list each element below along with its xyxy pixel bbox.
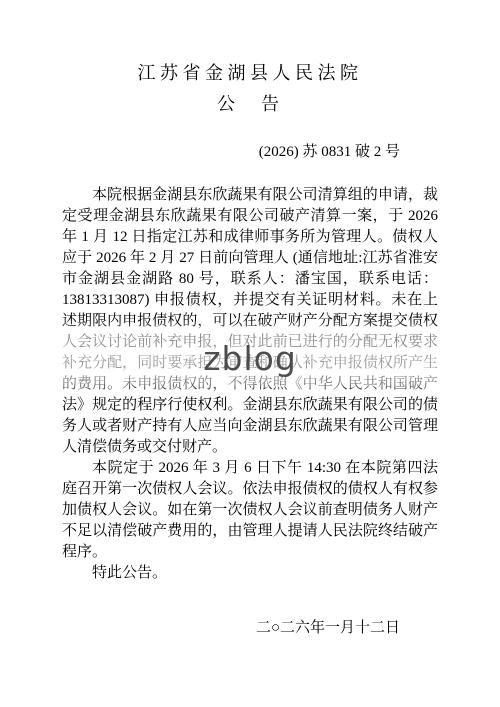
paragraph-closing: 特此公告。: [62, 563, 438, 584]
announcement-title: 公 告: [62, 93, 438, 115]
announcement-body: 本院根据金湖县东欣蔬果有限公司清算组的申请，裁定受理金湖县东欣蔬果有限公司破产清…: [62, 185, 438, 584]
announcement-date: 二○二六年一月十二日: [62, 618, 438, 639]
paragraph-creditors-meeting: 本院定于 2026 年 3 月 6 日下午 14:30 在本院第四法庭召开第一次…: [62, 458, 438, 563]
court-name-title: 江苏省金湖县人民法院: [62, 62, 438, 84]
case-number: (2026) 苏 0831 破 2 号: [62, 143, 438, 161]
court-announcement-page: 江苏省金湖县人民法院 公 告 (2026) 苏 0831 破 2 号 本院根据金…: [0, 0, 500, 707]
paragraph-ruling: 本院根据金湖县东欣蔬果有限公司清算组的申请，裁定受理金湖县东欣蔬果有限公司破产清…: [62, 185, 438, 458]
